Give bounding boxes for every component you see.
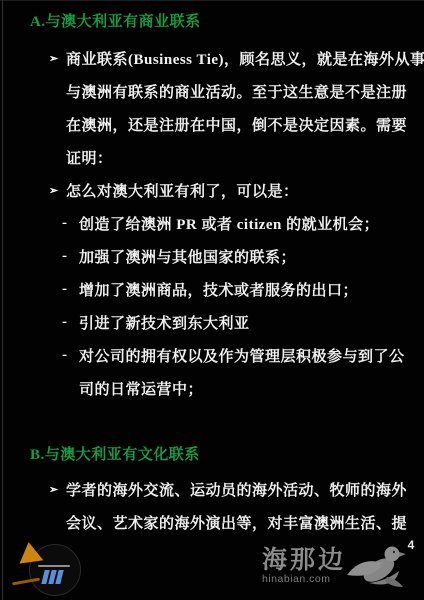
dash-item-text: 创造了给澳洲 PR 或者 citizen 的就业机会；	[79, 213, 379, 234]
dash-item: - 创造了给澳洲 PR 或者 citizen 的就业机会；	[0, 207, 424, 240]
bullet-line: 与澳洲有联系的商业活动。至于这生意是不是注册	[0, 75, 424, 108]
presentation-slide: A.与澳大利亚有商业联系 ➢ 商业联系(Business Tie)，顾名思义，就…	[0, 0, 424, 600]
bullet-text: 会议、艺术家的海外演出等，对丰富澳洲生活、提	[66, 512, 407, 533]
dash-item-text: 引进了新技术到东大利亚	[79, 312, 250, 333]
dash-item-text: 增加了澳洲商品，技术或者服务的出口；	[79, 279, 358, 300]
dash-item: - 引进了新技术到东大利亚	[0, 306, 424, 339]
arrow-bullet-icon: ➢	[49, 483, 66, 496]
dash-bullet: -	[62, 314, 79, 331]
brand-domain: hinabian.com	[262, 574, 346, 585]
page-number: 4	[403, 538, 419, 552]
dash-item: - 对公司的拥有权以及作为管理层积极参与到了公	[0, 339, 424, 372]
dash-bullet: -	[62, 347, 79, 364]
dash-item-text: 对公司的拥有权以及作为管理层积极参与到了公	[79, 345, 405, 366]
bullet-text: 在澳洲，还是注册在中国，倒不是决定因素。需要	[66, 114, 407, 135]
slide-content: A.与澳大利亚有商业联系 ➢ 商业联系(Business Tie)，顾名思义，就…	[0, 0, 424, 539]
bullet-line: ➢ 学者的海外交流、运动员的海外活动、牧师的海外	[0, 473, 424, 506]
section-b-heading: B.与澳大利亚有文化联系	[30, 445, 424, 465]
circular-badge-logo	[10, 540, 86, 598]
bullet-line: ➢ 怎么对澳大利亚有利了，可以是：	[0, 174, 424, 207]
arrow-bullet-icon: ➢	[49, 184, 66, 197]
section-a-bullet-1: ➢ 商业联系(Business Tie)，顾名思义，就是在海外从事 与澳洲有联系…	[0, 42, 424, 174]
bullet-line: 会议、艺术家的海外演出等，对丰富澳洲生活、提	[0, 506, 424, 539]
dash-bullet: -	[62, 215, 79, 232]
arrow-bullet-icon: ➢	[49, 52, 66, 65]
badge-w-icon	[41, 570, 63, 584]
dash-item-text: 司的日常运营中；	[79, 378, 203, 399]
bullet-text: 学者的海外交流、运动员的海外活动、牧师的海外	[66, 479, 407, 500]
bullet-line: 在澳洲，还是注册在中国，倒不是决定因素。需要	[0, 108, 424, 141]
badge-tiny-text	[38, 565, 70, 567]
dash-item: 司的日常运营中；	[0, 372, 424, 405]
brand-name: 海那边	[262, 547, 346, 574]
dash-item-text: 加强了澳洲与其他国家的联系；	[79, 246, 296, 267]
bullet-line: 证明：	[0, 141, 424, 174]
bullet-text: 证明：	[66, 147, 113, 168]
dash-item: - 加强了澳洲与其他国家的联系；	[0, 240, 424, 273]
bullet-text: 与澳洲有联系的商业活动。至于这生意是不是注册	[66, 81, 407, 102]
section-a-dash-list: - 创造了给澳洲 PR 或者 citizen 的就业机会； - 加强了澳洲与其他…	[0, 207, 424, 405]
brand-watermark: 海那边 hinabian.com	[262, 547, 346, 585]
badge-triangle-icon	[17, 540, 44, 563]
bullet-text: 商业联系(Business Tie)，顾名思义，就是在海外从事	[66, 48, 424, 69]
section-a-bullet-2: ➢ 怎么对澳大利亚有利了，可以是：	[0, 174, 424, 207]
section-a-heading: A.与澳大利亚有商业联系	[30, 12, 424, 32]
dash-item: - 增加了澳洲商品，技术或者服务的出口；	[0, 273, 424, 306]
dash-bullet: -	[62, 281, 79, 298]
bullet-line: ➢ 商业联系(Business Tie)，顾名思义，就是在海外从事	[0, 42, 424, 75]
dash-bullet: -	[62, 248, 79, 265]
bullet-text: 怎么对澳大利亚有利了，可以是：	[66, 180, 299, 201]
section-b-bullet-1: ➢ 学者的海外交流、运动员的海外活动、牧师的海外 会议、艺术家的海外演出等，对丰…	[0, 473, 424, 539]
